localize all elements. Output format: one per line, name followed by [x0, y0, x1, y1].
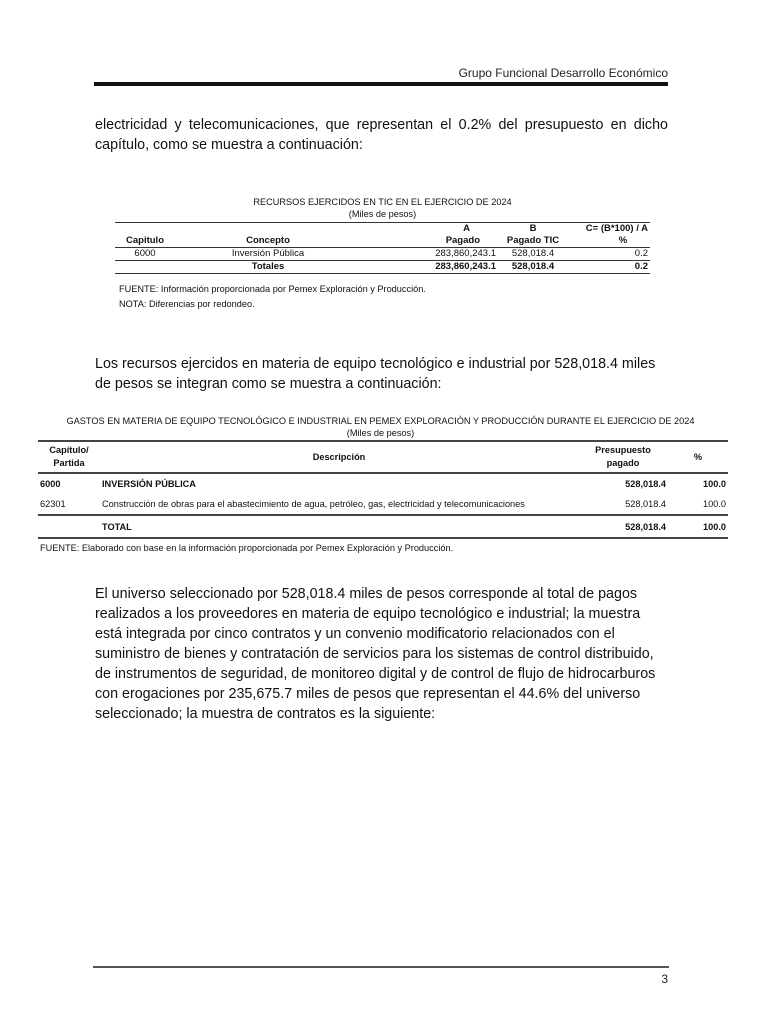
table1-letter-row: A B C= (B*100) / A — [115, 223, 650, 236]
table2-header-pct: % — [668, 441, 728, 473]
table2-header-capitulo: Capítulo/ Partida — [38, 441, 100, 473]
table1-cell-concepto: Inversión Pública — [175, 248, 361, 261]
table1-cell-pagado-tic: 528,018.4 — [498, 248, 568, 261]
table1-source-note: FUENTE: Información proporcionada por Pe… — [119, 282, 426, 297]
table2-total-label: TOTAL — [100, 515, 578, 538]
paragraph-sample: El universo seleccionado por 528,018.4 m… — [95, 584, 668, 724]
table2-total-row: TOTAL 528,018.4 100.0 — [38, 515, 728, 538]
table1-title-text: RECURSOS EJERCIDOS EN TIC EN EL EJERCICI… — [115, 196, 650, 208]
table1-header-concepto: Concepto — [175, 235, 361, 248]
table1-cell-capitulo: 6000 — [115, 248, 175, 261]
table-row: 6000 Inversión Pública 283,860,243.1 528… — [115, 248, 650, 261]
table2-total-pct: 100.0 — [668, 515, 728, 538]
table1-header-pagado-tic: Pagado TIC — [498, 235, 568, 248]
table1-header-pagado: Pagado — [361, 235, 498, 248]
table1-title: RECURSOS EJERCIDOS EN TIC EN EL EJERCICI… — [115, 196, 650, 220]
table1-letter-b: B — [498, 223, 568, 236]
table1-letter-a: A — [361, 223, 498, 236]
paragraph-resources: Los recursos ejercidos en materia de equ… — [95, 354, 668, 394]
table1-rounding-note: NOTA: Diferencias por redondeo. — [119, 297, 426, 312]
table2-title-text: GASTOS EN MATERIA DE EQUIPO TECNOLÓGICO … — [30, 415, 731, 427]
table2-subtitle: (Miles de pesos) — [30, 427, 731, 439]
table2-source-note: FUENTE: Elaborado con base en la informa… — [40, 543, 453, 553]
table1-totals-label: Totales — [175, 261, 361, 274]
page-number: 3 — [661, 972, 668, 986]
table2-header-presupuesto: Presupuesto pagado — [578, 441, 668, 473]
table1-subtitle: (Miles de pesos) — [115, 208, 650, 220]
table-tic-resources: A B C= (B*100) / A Capitulo Concepto Pag… — [115, 222, 650, 274]
table2-cell-pct: 100.0 — [668, 494, 728, 515]
table2-cell-empty — [38, 515, 100, 538]
table1-header-capitulo: Capitulo — [115, 235, 175, 248]
table1-cell-pagado: 283,860,243.1 — [361, 248, 498, 261]
table1-notes: FUENTE: Información proporcionada por Pe… — [119, 282, 426, 312]
table2-header-capitulo-line1: Capítulo/ — [40, 444, 98, 457]
table2-cell-presupuesto: 528,018.4 — [578, 494, 668, 515]
table2-cell-presupuesto: 528,018.4 — [578, 473, 668, 494]
table2-cell-descripcion: Construcción de obras para el abastecimi… — [100, 494, 578, 515]
table2-title: GASTOS EN MATERIA DE EQUIPO TECNOLÓGICO … — [30, 415, 731, 439]
table2-header-presupuesto-line1: Presupuesto — [580, 444, 666, 457]
table2-cell-descripcion: INVERSIÓN PÚBLICA — [100, 473, 578, 494]
table2-header-presupuesto-line2: pagado — [580, 457, 666, 470]
table1-letter — [175, 223, 361, 236]
table-row: 62301 Construcción de obras para el abas… — [38, 494, 728, 515]
table1-totals-row: Totales 283,860,243.1 528,018.4 0.2 — [115, 261, 650, 274]
table1-totals-pct: 0.2 — [568, 261, 650, 274]
table1-cell-pct: 0.2 — [568, 248, 650, 261]
table2-header-descripcion: Descripción — [100, 441, 578, 473]
table2-cell-pct: 100.0 — [668, 473, 728, 494]
table-equipment-expenses: Capítulo/ Partida Descripción Presupuest… — [38, 440, 728, 539]
table1-letter-c: C= (B*100) / A — [568, 223, 650, 236]
table1-header-pct: % — [568, 235, 650, 248]
table-row: 6000 INVERSIÓN PÚBLICA 528,018.4 100.0 — [38, 473, 728, 494]
table2-header-capitulo-line2: Partida — [40, 457, 98, 470]
table2-cell-codigo: 6000 — [38, 473, 100, 494]
header-divider — [94, 82, 668, 86]
table2-header-row: Capítulo/ Partida Descripción Presupuest… — [38, 441, 728, 473]
table1-letter — [115, 223, 175, 236]
table2-cell-codigo: 62301 — [38, 494, 100, 515]
table1-totals-pagado-tic: 528,018.4 — [498, 261, 568, 274]
table1-totals-pagado: 283,860,243.1 — [361, 261, 498, 274]
paragraph-intro: electricidad y telecomunicaciones, que r… — [95, 115, 668, 155]
running-header: Grupo Funcional Desarrollo Económico — [459, 66, 668, 80]
footer-divider — [93, 966, 669, 968]
table1-header-row: Capitulo Concepto Pagado Pagado TIC % — [115, 235, 650, 248]
table2-total-presupuesto: 528,018.4 — [578, 515, 668, 538]
table1-cell-empty — [115, 261, 175, 274]
